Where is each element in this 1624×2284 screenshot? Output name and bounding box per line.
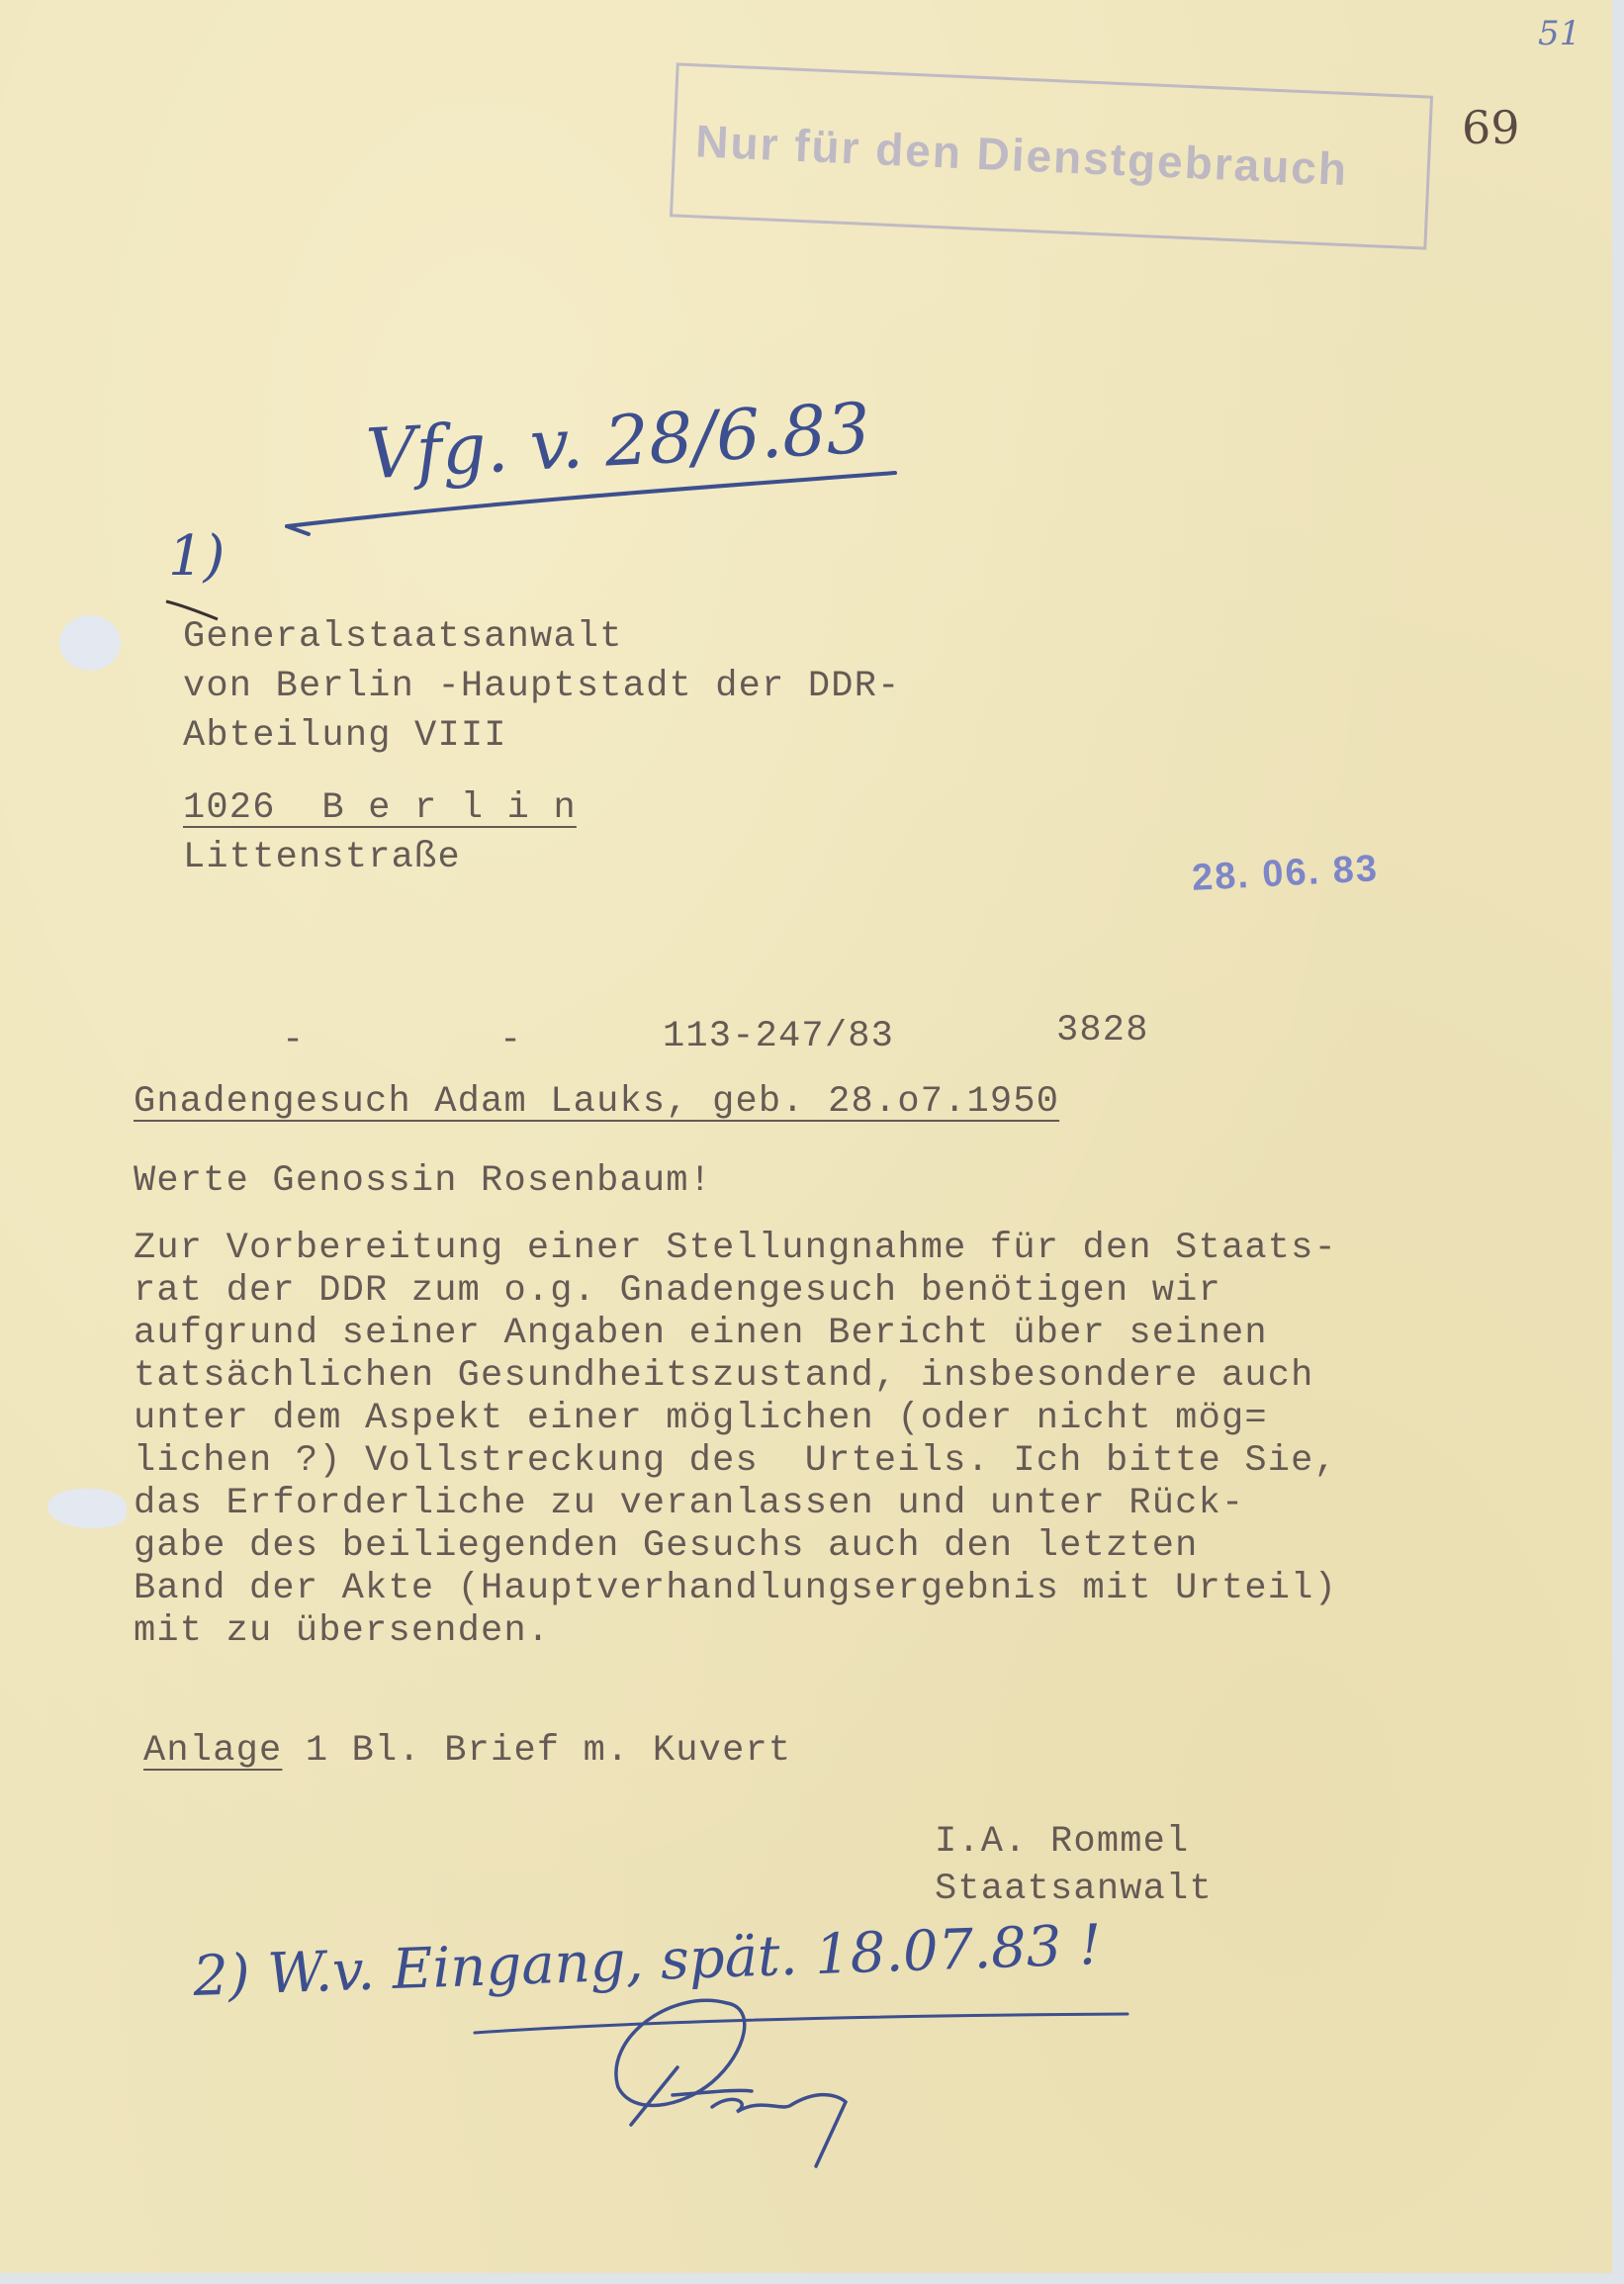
body-line: tatsächlichen Gesundheitszustand, insbes… [134, 1354, 1314, 1398]
salutation: Werte Genossin Rosenbaum! [134, 1159, 712, 1203]
recipient-line-1: Generalstaatsanwalt [183, 615, 623, 659]
classification-stamp: Nur für den Dienstgebrauch [670, 62, 1433, 249]
recipient-street: Littenstraße [183, 836, 461, 879]
folio-number: 51 [1538, 14, 1580, 53]
reference-dash-1: - [282, 1019, 305, 1062]
body-line: das Erforderliche zu veranlassen und unt… [134, 1482, 1244, 1525]
body-line: aufgrund seiner Angaben einen Bericht üb… [134, 1312, 1268, 1355]
enclosure-text: 1 Bl. Brief m. Kuvert [282, 1730, 791, 1772]
body-line: rat der DDR zum o.g. Gnadengesuch benöti… [134, 1269, 1221, 1313]
received-date-stamp: 28. 06. 83 [1191, 848, 1380, 900]
enclosure-line: Anlage 1 Bl. Brief m. Kuvert [143, 1729, 791, 1773]
classification-stamp-text: Nur für den Dienstgebrauch [694, 114, 1349, 196]
subject-line: Gnadengesuch Adam Lauks, geb. 28.o7.1950 [134, 1080, 1059, 1124]
item-marker-1: 1) [168, 524, 225, 589]
signature-title: Staatsanwalt [935, 1868, 1213, 1911]
punch-hole-top [59, 615, 121, 671]
recipient-city: 1026 B e r l i n [183, 786, 577, 830]
body-line: lichen ?) Vollstreckung des Urteils. Ich… [134, 1439, 1337, 1483]
reference-dash-2: - [499, 1019, 522, 1062]
document-page: 51 69 Nur für den Dienstgebrauch Vfg. v.… [0, 0, 1612, 2273]
body-line: Band der Akte (Hauptverhandlungsergebnis… [134, 1567, 1337, 1610]
recipient-line-2: von Berlin -Hauptstadt der DDR- [183, 665, 901, 708]
punch-hole-bottom [47, 1489, 127, 1528]
body-line: Zur Vorbereitung einer Stellungnahme für… [134, 1227, 1337, 1270]
reference-number: 3828 [1056, 1009, 1149, 1052]
handwritten-note-top: Vfg. v. 28/6.83 [364, 388, 872, 496]
body-line: mit zu übersenden. [134, 1609, 550, 1653]
body-line: gabe des beiliegenden Gesuchs auch den l… [134, 1524, 1199, 1568]
signature-name: I.A. Rommel [935, 1820, 1189, 1864]
enclosure-label: Anlage [143, 1730, 282, 1772]
reference-file-number: 113-247/83 [663, 1015, 894, 1058]
page-number: 69 [1462, 101, 1520, 154]
recipient-line-3: Abteilung VIII [183, 714, 507, 758]
handwritten-note-bottom: 2) W.v. Eingang, spät. 18.07.83 ! [192, 1913, 1103, 2009]
body-line: unter dem Aspekt einer möglichen (oder n… [134, 1397, 1268, 1440]
